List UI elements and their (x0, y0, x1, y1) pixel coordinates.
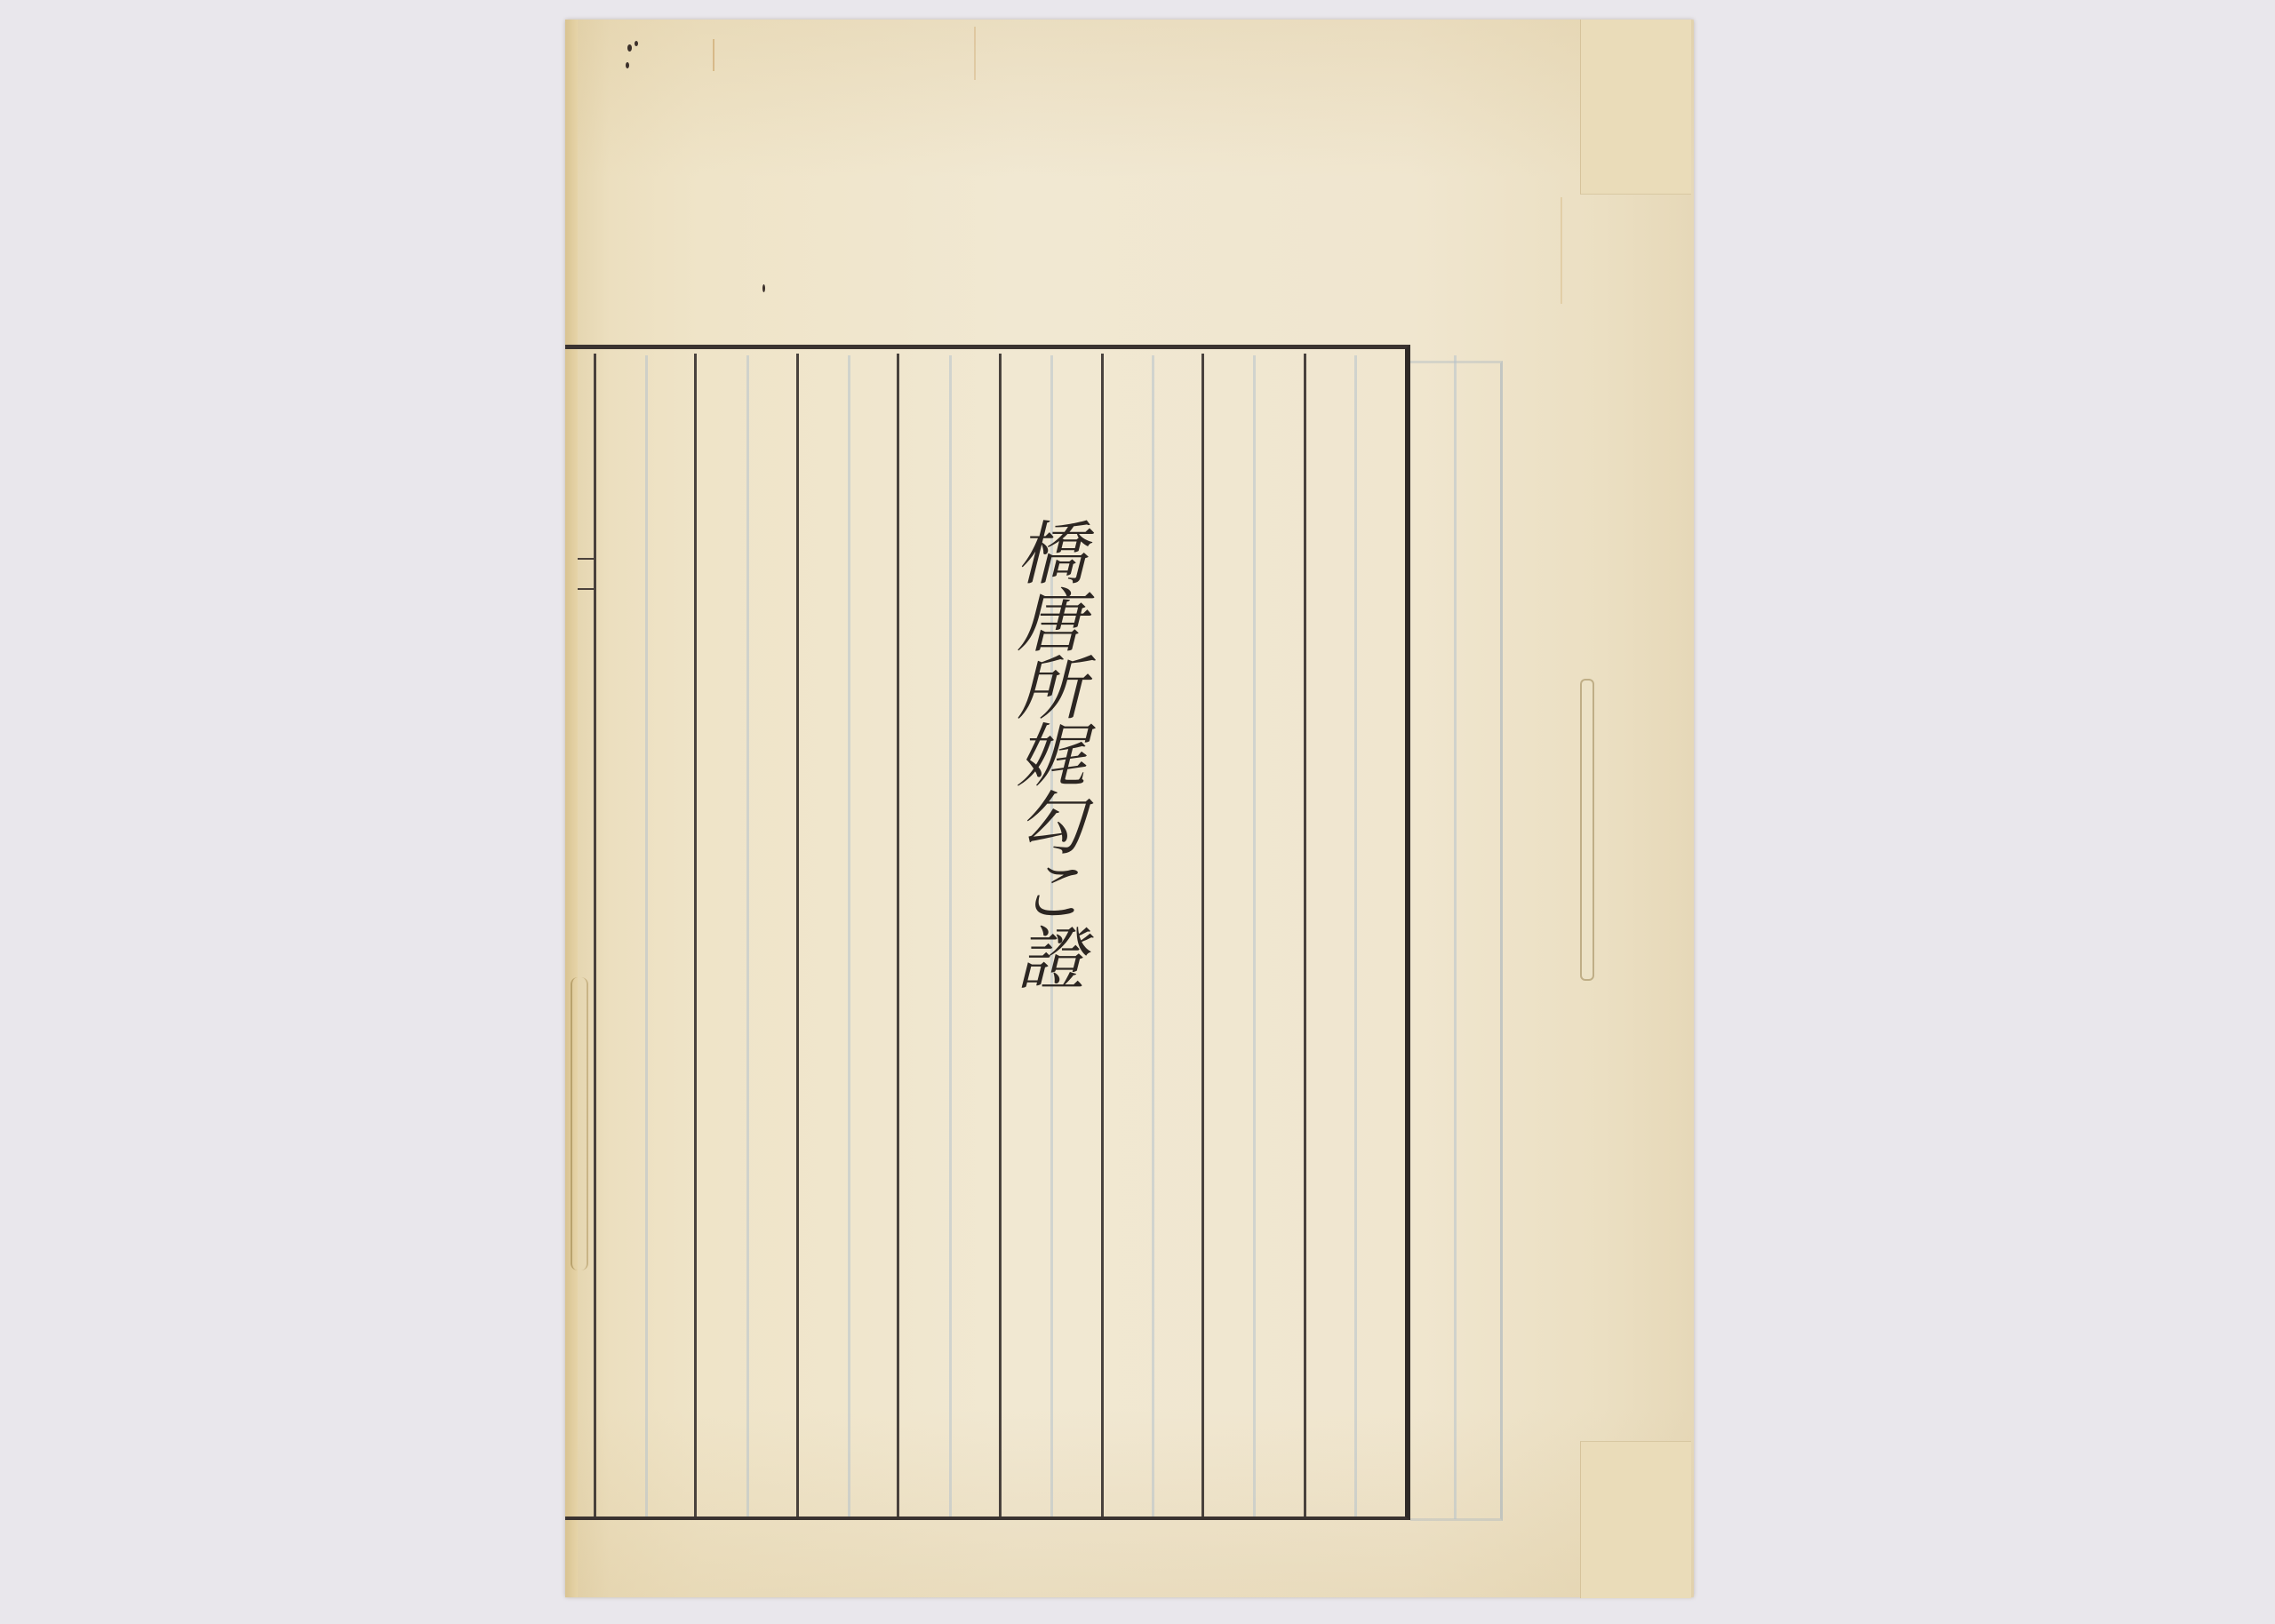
column-rule (999, 354, 1002, 1517)
bleed-rule (1454, 355, 1457, 1519)
ink-spot (762, 284, 765, 292)
column-rule (796, 354, 799, 1517)
column-rule (1304, 354, 1306, 1517)
printed-frame (565, 345, 1410, 1520)
paper-fiber (713, 39, 714, 71)
ink-spot (626, 62, 629, 68)
column-rule (694, 354, 697, 1517)
column-rule (1201, 354, 1204, 1517)
frame-tick (578, 588, 594, 590)
ink-spot (627, 44, 632, 52)
bleed-through-frame (1410, 361, 1503, 1521)
document-page: 橋唐所娓勾こ證 (565, 20, 1694, 1597)
column-rule (594, 354, 596, 1517)
ink-spot (635, 41, 638, 46)
paper-repair-tab-top (1580, 20, 1691, 195)
column-rule (1101, 354, 1104, 1517)
paper-repair-tab-bottom (1580, 1441, 1691, 1598)
paper-fiber (974, 27, 976, 80)
paper-fiber (1561, 197, 1562, 304)
binding-thread-left (571, 977, 588, 1270)
column-rule (897, 354, 899, 1517)
binding-thread-right (1580, 679, 1594, 981)
handwritten-title: 橋唐所娓勾こ證 (1004, 517, 1086, 990)
frame-tick (578, 558, 594, 560)
